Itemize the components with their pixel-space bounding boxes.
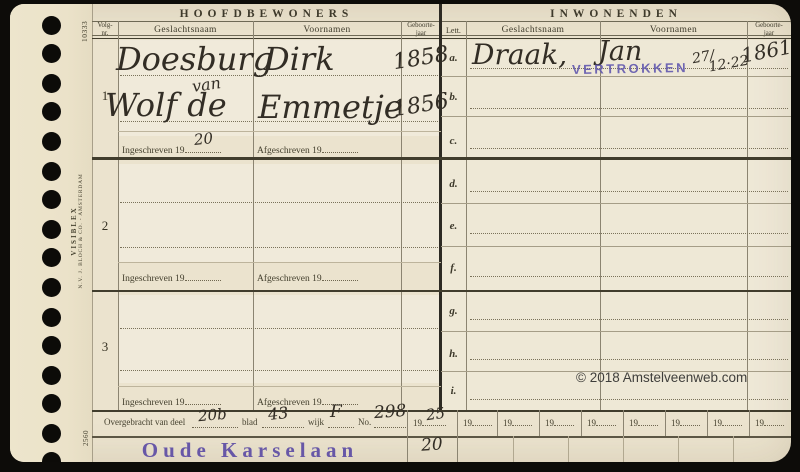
no-label: No. [358, 417, 371, 427]
col-lett: Lett. [441, 26, 466, 35]
lodger-letter-c: c. [441, 135, 466, 147]
year-cell: 19 [587, 416, 616, 428]
year-cell: 19 [671, 416, 700, 428]
no-value: 298 [373, 403, 407, 422]
resident2-surname: Wolf de [105, 89, 227, 121]
resident1-surname: Doesburg [116, 43, 273, 75]
punch-hole [42, 74, 61, 93]
grid-line [749, 410, 750, 436]
ingeschreven-year-handwritten: 20 [193, 131, 214, 148]
writing-line [470, 233, 788, 234]
col-geslachtsnaam-left: Geslachtsnaam [118, 25, 253, 35]
grid-line [623, 410, 624, 436]
writing-line [470, 108, 788, 109]
hoofdbewoners-title: HOOFDBEWONERS [92, 8, 441, 20]
punch-hole [42, 366, 61, 385]
year-cell: 19 [545, 416, 574, 428]
row-line [441, 116, 791, 117]
transfer-deel-value: 20b [197, 407, 227, 424]
year-cell: 19 [755, 416, 784, 428]
inwonenden-title: INWONENDEN [441, 8, 791, 20]
dotted-leader [512, 416, 532, 426]
strip-serial-top: 10333 [80, 21, 89, 42]
grid-line [497, 410, 498, 436]
lodger-letter-g: g. [441, 305, 466, 317]
row-number-2: 2 [92, 218, 118, 234]
label-text: Ingeschreven 19 [122, 146, 185, 156]
copyright-watermark: © 2018 Amstelveenweb.com [576, 370, 747, 385]
label-text: 19 [413, 418, 422, 428]
punch-hole [42, 336, 61, 355]
grid-line [457, 410, 458, 462]
dotted-leader [596, 416, 616, 426]
grid-line [623, 436, 624, 462]
grid-line [581, 410, 582, 436]
punch-hole [42, 44, 61, 63]
lodger-a-surname: Draak, [472, 41, 567, 69]
lodger-letter-h: h. [441, 348, 466, 360]
dotted-leader [322, 143, 358, 153]
resident1-firstname: Dirk [264, 43, 335, 75]
punch-hole [42, 452, 61, 462]
departure-date: 27/ 12·22 [691, 40, 767, 92]
writing-line [470, 148, 788, 149]
punch-hole [42, 424, 61, 443]
writing-line [120, 328, 438, 329]
section-line [92, 290, 791, 293]
dotted-leader [722, 416, 742, 426]
punch-strip: 10333 VISIBLEX N.V. J. BLOCH & CO. - AMS… [10, 4, 92, 462]
year-cell: 19 [463, 416, 492, 428]
writing-line [470, 276, 788, 277]
label-text: Afgeschreven 19 [257, 274, 322, 284]
house-number: 20 [406, 435, 457, 455]
row-line [118, 386, 441, 387]
grid-line [253, 21, 254, 410]
col-geboortejaar-left-line1: Geboorte- [401, 22, 441, 30]
blad-value: 43 [267, 405, 289, 423]
vertrokken-stamp: VERTROKKEN [572, 60, 688, 77]
grid-line [665, 410, 666, 436]
lodger-letter-f: f. [441, 262, 466, 274]
transfer-label: Overgebracht van deel [104, 417, 185, 427]
dotted-leader [322, 271, 358, 281]
punch-hole [42, 394, 61, 413]
label-text: 19 [503, 418, 512, 428]
grid-line [707, 410, 708, 436]
section-line [92, 157, 791, 160]
punch-hole [42, 190, 61, 209]
dotted-leader [680, 416, 700, 426]
punch-hole [42, 220, 61, 239]
row-line [118, 262, 441, 263]
label-text: Ingeschreven 19 [122, 274, 185, 284]
year-cell: 19 [629, 416, 658, 428]
grid-line [118, 21, 119, 410]
register-card: 10333 VISIBLEX N.V. J. BLOCH & CO. - AMS… [10, 4, 791, 462]
afgeschreven-label-1: Afgeschreven 19 [257, 143, 358, 156]
afgeschreven-label-2: Afgeschreven 19 [257, 271, 358, 284]
dotted-leader [185, 395, 221, 405]
grid-line [733, 436, 734, 462]
col-voornamen-right: Voornamen [600, 25, 747, 35]
label-text: Ingeschreven 19 [122, 398, 185, 408]
row-number-3: 3 [92, 339, 118, 355]
grid-line [401, 21, 402, 410]
punch-hole [42, 278, 61, 297]
year-cell: 19 [713, 416, 742, 428]
wijk-label: wijk [308, 417, 324, 427]
wijk-value: F [330, 404, 342, 421]
dotted-leader [638, 416, 658, 426]
writing-line [120, 202, 438, 203]
strip-serial-bottom: 2560 [82, 430, 90, 446]
punch-hole [42, 308, 61, 327]
label-text: 19 [629, 418, 638, 428]
screenshot-root: { "colors": { "stamp_purple": "#5a49a4",… [0, 0, 800, 472]
row-line [118, 131, 441, 132]
row-line [441, 246, 791, 247]
grid-line [678, 436, 679, 462]
lodger-letter-i: i. [441, 385, 466, 397]
row-line [441, 331, 791, 332]
lodger-letter-d: d. [441, 178, 466, 190]
grid-line [568, 436, 569, 462]
punch-hole [42, 162, 61, 181]
dotted-leader [554, 416, 574, 426]
label-text: 19 [713, 418, 722, 428]
label-text: Afgeschreven 19 [257, 146, 322, 156]
label-text: 19 [587, 418, 596, 428]
row-line [441, 203, 791, 204]
punch-hole [42, 248, 61, 267]
punch-hole [42, 16, 61, 35]
ingeschreven-label-2: Ingeschreven 19 [122, 271, 221, 284]
writing-line [120, 247, 438, 248]
grid-line [513, 436, 514, 462]
dotted-leader [472, 416, 492, 426]
grid-line [466, 21, 467, 410]
col-geboortejaar-right-line1: Geboorte- [747, 22, 791, 30]
col-geslachtsnaam-right: Geslachtsnaam [466, 25, 600, 35]
col-voornamen-left: Voornamen [253, 25, 401, 35]
writing-line [470, 359, 788, 360]
label-text: 19 [463, 418, 472, 428]
writing-line [470, 191, 788, 192]
strip-brand: VISIBLEX [70, 156, 78, 306]
grid-line [600, 21, 601, 410]
blad-label: blad [242, 417, 258, 427]
grid-line [539, 410, 540, 436]
writing-line [470, 399, 788, 400]
dotted-leader [185, 271, 221, 281]
resident2-firstname: Emmetje [258, 91, 403, 123]
writing-line [470, 319, 788, 320]
transfer-year-value: 25 [425, 406, 446, 424]
col-volgnr-line1: Volg- [92, 22, 118, 30]
lodger-letter-e: e. [441, 220, 466, 232]
year-cell: 19 [503, 416, 532, 428]
dotted-leader [764, 416, 784, 426]
strip-brand-sub: N.V. J. BLOCH & CO. - AMSTERDAM [78, 156, 84, 306]
punch-hole [42, 132, 61, 151]
label-text: 19 [545, 418, 554, 428]
punch-hole [42, 102, 61, 121]
label-text: 19 [671, 418, 680, 428]
writing-line [120, 370, 438, 371]
address-stamp: Oude Karselaan [92, 438, 408, 462]
label-text: 19 [755, 418, 764, 428]
